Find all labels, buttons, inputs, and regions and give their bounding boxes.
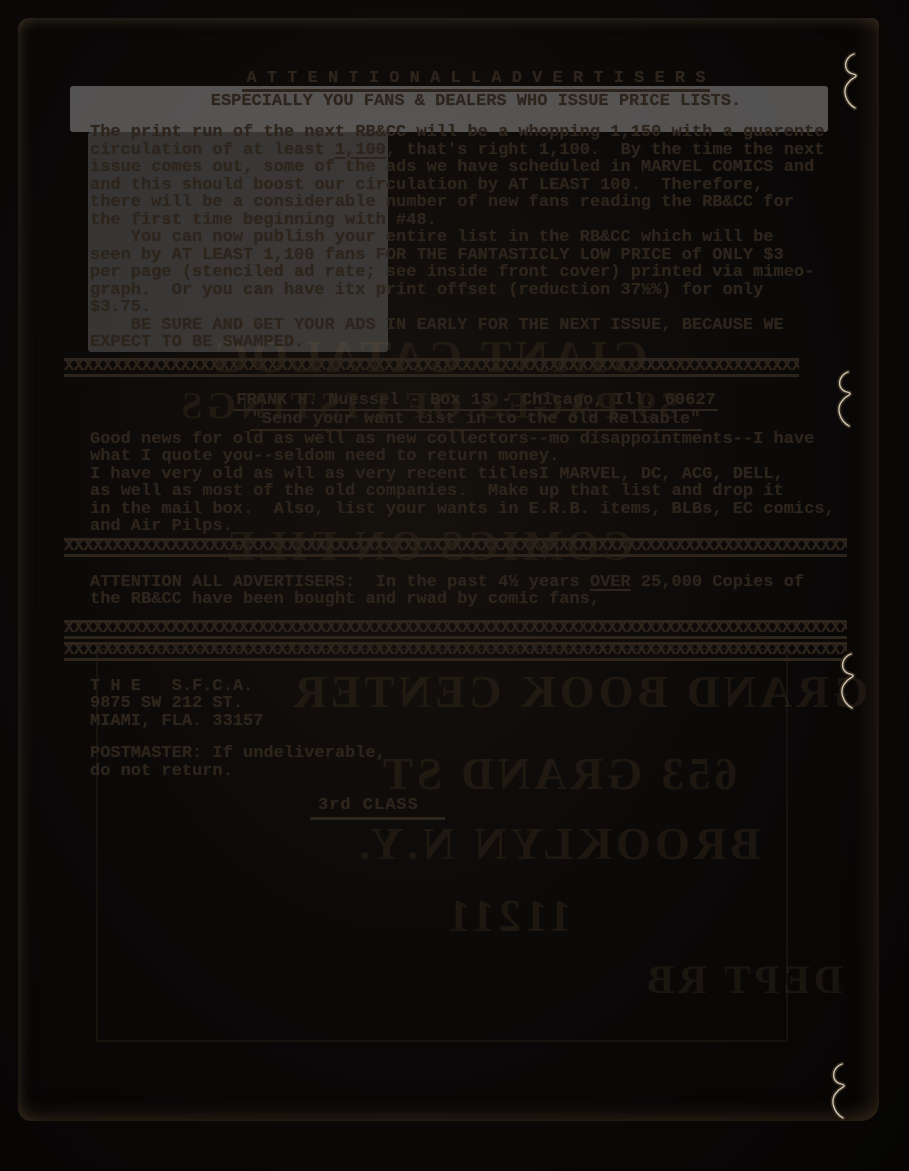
page-subtitle: ESPECIALLY YOU FANS & DEALERS WHO ISSUE …: [90, 93, 862, 111]
advertisers-note: ATTENTION ALL ADVERTISERS: In the past 4…: [90, 574, 862, 609]
text-line: I have very old as wll as very recent ti…: [90, 466, 862, 484]
sender-address-block: T H E S.F.C.A. 9875 SW 212 ST. MIAMI, FL…: [90, 678, 862, 731]
sender-city: MIAMI, FLA. 33157: [90, 713, 862, 731]
bleedthrough-text-brooklyn: BROOKLYN N.Y.: [318, 818, 798, 870]
text-line: ATTENTION ALL ADVERTISERS: In the past 4…: [90, 574, 862, 592]
text-line: BE SURE AND GET YOUR ADS IN EARLY FOR TH…: [90, 317, 862, 335]
text-segment: ATTENTION ALL ADVERTISERS: In the past 4…: [90, 573, 590, 592]
x-pattern-divider: XXXXXXXXXXXXXXXXXXXXXXXXXXXXXXXXXXXXXXXX…: [64, 620, 847, 639]
text-segment: 25,000 Copies of: [631, 573, 804, 592]
text-line: and this should boost our circulation by…: [90, 177, 862, 195]
text-line: per page (stenciled ad rate; see inside …: [90, 264, 862, 282]
staple-icon: [832, 366, 858, 432]
nuessel-ad-tagline: "Send your want list in to the old Relia…: [250, 411, 703, 431]
underlined-over: OVER: [590, 573, 631, 592]
text-line: what I quote you--seldom need to return …: [90, 448, 862, 466]
bleedthrough-text-dept-rb: DEPT RB: [618, 956, 868, 1003]
text-line: Good news for old as well as new collect…: [90, 431, 862, 449]
bleedthrough-text-zip: 11211: [268, 890, 748, 942]
text-line: circulation of at least 1,100, that's ri…: [90, 142, 862, 160]
staple-icon: [826, 1058, 852, 1124]
text-line: graph. Or you can have itx print offset …: [90, 282, 862, 300]
nuessel-ad-heading: FRANK H. Nuessel - Box 13 - Chicago, Ill…: [234, 392, 717, 412]
mail-class: 3rd CLASS: [310, 797, 445, 820]
page-title: A T T E N T I O N A L L A D V E R T I S …: [242, 70, 709, 92]
postmaster-note: POSTMASTER: If undeliverable, do not ret…: [90, 745, 862, 780]
x-pattern-divider: XXXXXXXXXXXXXXXXXXXXXXXXXXXXXXXXXXXXXXXX…: [64, 642, 847, 661]
text-line: The print run of the next RB&CC will be …: [90, 124, 862, 142]
staple-icon: [838, 48, 864, 114]
scanned-page-photo: GIANT CATALOG 59 PAGES OF LISTINGS COMIC…: [0, 0, 909, 1171]
text-line: EXPECT TO BE SWAMPED.: [90, 334, 862, 352]
text-segment: , that's right 1,100. By the time the ne…: [386, 141, 825, 160]
text-segment: circulation of at least: [90, 141, 335, 160]
nuessel-ad-tagline-row: "Send your want list in to the old Relia…: [90, 411, 862, 431]
text-line: do not return.: [90, 763, 862, 781]
x-pattern-divider: XXXXXXXXXXXXXXXXXXXXXXXXXXXXXXXXXXXXXXXX…: [64, 358, 799, 377]
text-line: as well as most of the old companies. Ma…: [90, 483, 862, 501]
x-pattern-divider: XXXXXXXXXXXXXXXXXXXXXXXXXXXXXXXXXXXXXXXX…: [64, 538, 847, 557]
text-line: You can now publish your entire list in …: [90, 229, 862, 247]
text-line: and Air Pilps.: [90, 518, 862, 536]
nuessel-ad-heading-row: FRANK H. Nuessel - Box 13 - Chicago, Ill…: [90, 392, 862, 412]
staple-icon: [835, 648, 861, 714]
sender-street: 9875 SW 212 ST.: [90, 695, 862, 713]
text-line: $3.75.: [90, 299, 862, 317]
text-line: in the mail box. Also, list your wants i…: [90, 501, 862, 519]
fanzine-back-page: GIANT CATALOG 59 PAGES OF LISTINGS COMIC…: [18, 18, 879, 1121]
text-line: POSTMASTER: If undeliverable,: [90, 745, 862, 763]
text-line: the RB&CC have been bought and rwad by c…: [90, 591, 862, 609]
sender-name: T H E S.F.C.A.: [90, 678, 862, 696]
nuessel-ad-body: Good news for old as well as new collect…: [90, 431, 862, 536]
mail-class-row: 3rd CLASS: [90, 797, 862, 820]
underlined-circulation-figure: 1,100: [335, 141, 386, 160]
text-line: the first time beginning with #48.: [90, 212, 862, 230]
text-line: issue comes out, some of the ads we have…: [90, 159, 862, 177]
text-line: there will be a considerable number of n…: [90, 194, 862, 212]
announcement-paragraphs: The print run of the next RB&CC will be …: [90, 124, 862, 352]
title-row: A T T E N T I O N A L L A D V E R T I S …: [90, 70, 862, 92]
text-line: seen by AT LEAST 1,100 fans FOR THE FANT…: [90, 247, 862, 265]
typewritten-content: A T T E N T I O N A L L A D V E R T I S …: [90, 70, 862, 820]
